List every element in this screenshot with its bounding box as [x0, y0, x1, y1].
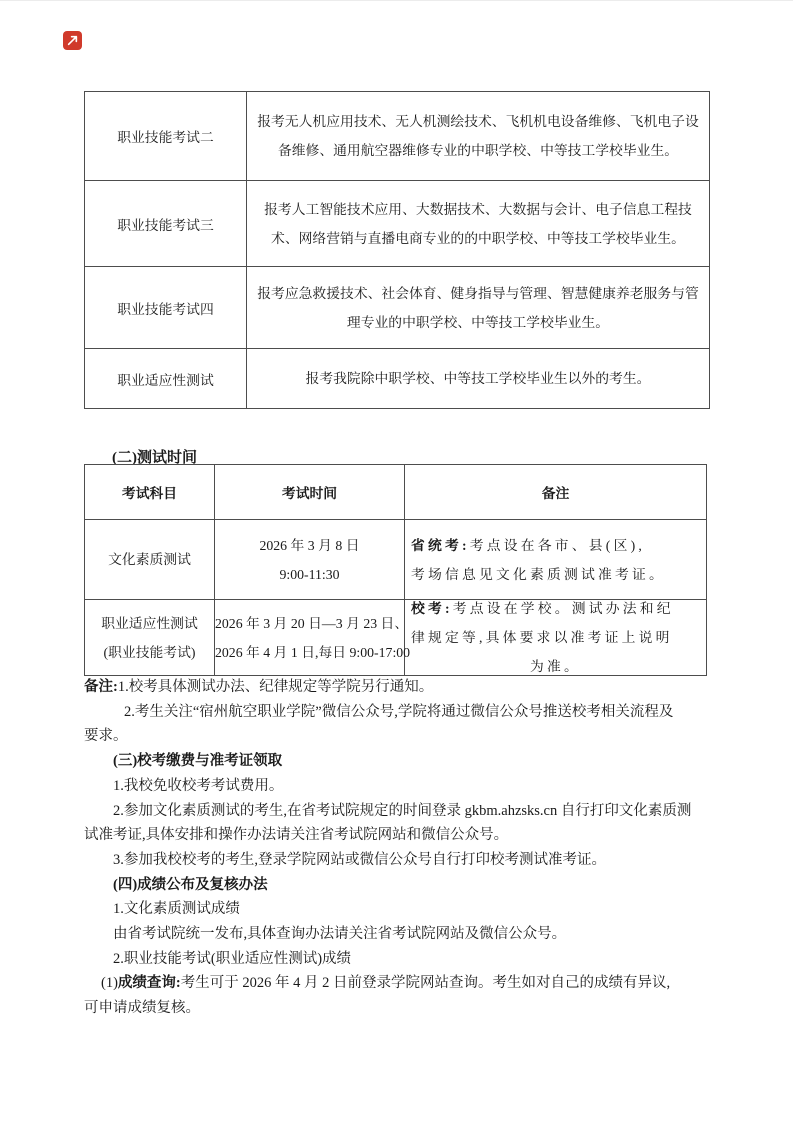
subject-cell: 文化素质测试	[85, 520, 215, 599]
header-cell: 考试时间	[215, 465, 405, 519]
table-row: 职业技能考试四报考应急救援技术、社会体育、健身指导与管理、智慧健康养老服务与管理…	[85, 266, 709, 348]
document-page: 职业技能考试二报考无人机应用技术、无人机测绘技术、飞机机电设备维修、飞机电子设备…	[0, 0, 793, 1123]
exam-name-cell: 职业技能考试三	[85, 181, 247, 266]
body-line: (1)成绩查询:考生可于 2026 年 4 月 2 日前登录学院网站查询。考生如…	[84, 971, 712, 996]
eligibility-cell: 报考无人机应用技术、无人机测绘技术、飞机机电设备维修、飞机电子设备维修、通用航空…	[247, 92, 709, 180]
cell-line: 2026 年 3 月 8 日	[215, 531, 404, 560]
bold-label: 成绩查询:	[118, 975, 181, 991]
time-cell: 2026 年 3 月 8 日9:00-11:30	[215, 520, 405, 599]
body-line: 1.文化素质测试成绩	[84, 897, 712, 922]
body-line: (四)成绩公布及复核办法	[84, 873, 712, 898]
body-line: 可申请成绩复核。	[84, 996, 712, 1021]
cell-line: 2026 年 4 月 1 日,每日 9:00-17:00	[215, 638, 404, 667]
body-line: 由省考试院统一发布,具体查询办法请关注省考试院网站及微信公众号。	[84, 922, 712, 947]
body-text: 备注:1.校考具体测试办法、纪律规定等学院另行通知。2.考生关注“宿州航空职业学…	[84, 675, 712, 1021]
cell-line: 2026 年 3 月 20 日—3 月 23 日、	[215, 609, 404, 638]
bold-label: 备注:	[84, 679, 118, 695]
cell-line: 校考:考点设在学校。测试办法和纪	[411, 594, 700, 623]
table-header-row: 考试科目考试时间备注	[85, 465, 706, 519]
cell-line: 职业适应性测试	[85, 609, 214, 638]
body-line: (三)校考缴费与准考证领取	[84, 749, 712, 774]
cell-line: 省统考:考点设在各市、县(区),	[411, 531, 700, 560]
bold-label: 校考:	[411, 601, 453, 616]
body-line: 2.参加文化素质测试的考生,在省考试院规定的时间登录 gkbm.ahzsks.c…	[84, 799, 712, 824]
cell-line: 文化素质测试	[85, 545, 214, 574]
note-cell: 省统考:考点设在各市、县(区),考场信息见文化素质测试准考证。	[405, 520, 706, 599]
bold-label: (四)成绩公布及复核办法	[113, 877, 268, 893]
body-line: 3.参加我校校考的考生,登录学院网站或微信公众号自行打印校考测试准考证。	[84, 848, 712, 873]
subject-cell: 职业适应性测试(职业技能考试)	[85, 600, 215, 675]
body-line: 2.职业技能考试(职业适应性测试)成绩	[84, 947, 712, 972]
table-row: 职业适应性测试(职业技能考试)2026 年 3 月 20 日—3 月 23 日、…	[85, 599, 706, 675]
body-line: 要求。	[84, 724, 712, 749]
table-row: 文化素质测试2026 年 3 月 8 日9:00-11:30省统考:考点设在各市…	[85, 519, 706, 599]
eligibility-cell: 报考我院除中职学校、中等技工学校毕业生以外的考生。	[247, 349, 709, 408]
cell-line: (职业技能考试)	[85, 638, 214, 667]
exam-name-cell: 职业适应性测试	[85, 349, 247, 408]
table-row: 职业技能考试二报考无人机应用技术、无人机测绘技术、飞机机电设备维修、飞机电子设备…	[85, 92, 709, 180]
exam-name-cell: 职业技能考试二	[85, 92, 247, 180]
time-cell: 2026 年 3 月 20 日—3 月 23 日、2026 年 4 月 1 日,…	[215, 600, 405, 675]
header-cell: 考试科目	[85, 465, 215, 519]
bold-label: (三)校考缴费与准考证领取	[113, 753, 282, 769]
red-annotation-icon[interactable]	[63, 31, 82, 50]
cell-line: 考场信息见文化素质测试准考证。	[411, 560, 700, 589]
test-schedule-table: 考试科目考试时间备注文化素质测试2026 年 3 月 8 日9:00-11:30…	[84, 464, 707, 676]
exam-name-cell: 职业技能考试四	[85, 267, 247, 348]
cell-line: 9:00-11:30	[215, 560, 404, 589]
bold-label: 省统考:	[411, 538, 470, 553]
table-row: 职业技能考试三报考人工智能技术应用、大数据技术、大数据与会计、电子信息工程技术、…	[85, 180, 709, 266]
arrow-glyph	[67, 35, 78, 46]
body-line: 1.我校免收校考考试费用。	[84, 774, 712, 799]
eligibility-cell: 报考应急救援技术、社会体育、健身指导与管理、智慧健康养老服务与管理专业的中职学校…	[247, 267, 709, 348]
note-cell: 校考:考点设在学校。测试办法和纪律规定等,具体要求以准考证上说明为准。	[405, 600, 706, 675]
body-line: 2.考生关注“宿州航空职业学院”微信公众号,学院将通过微信公众号推送校考相关流程…	[84, 700, 712, 725]
eligibility-cell: 报考人工智能技术应用、大数据技术、大数据与会计、电子信息工程技术、网络营销与直播…	[247, 181, 709, 266]
header-cell: 备注	[405, 465, 706, 519]
body-line: 试准考证,具体安排和操作办法请关注省考试院网站和微信公众号。	[84, 823, 712, 848]
cell-line: 律规定等,具体要求以准考证上说明	[411, 623, 700, 652]
table-row: 职业适应性测试报考我院除中职学校、中等技工学校毕业生以外的考生。	[85, 348, 709, 408]
exam-category-table: 职业技能考试二报考无人机应用技术、无人机测绘技术、飞机机电设备维修、飞机电子设备…	[84, 91, 710, 409]
body-line: 备注:1.校考具体测试办法、纪律规定等学院另行通知。	[84, 675, 712, 700]
